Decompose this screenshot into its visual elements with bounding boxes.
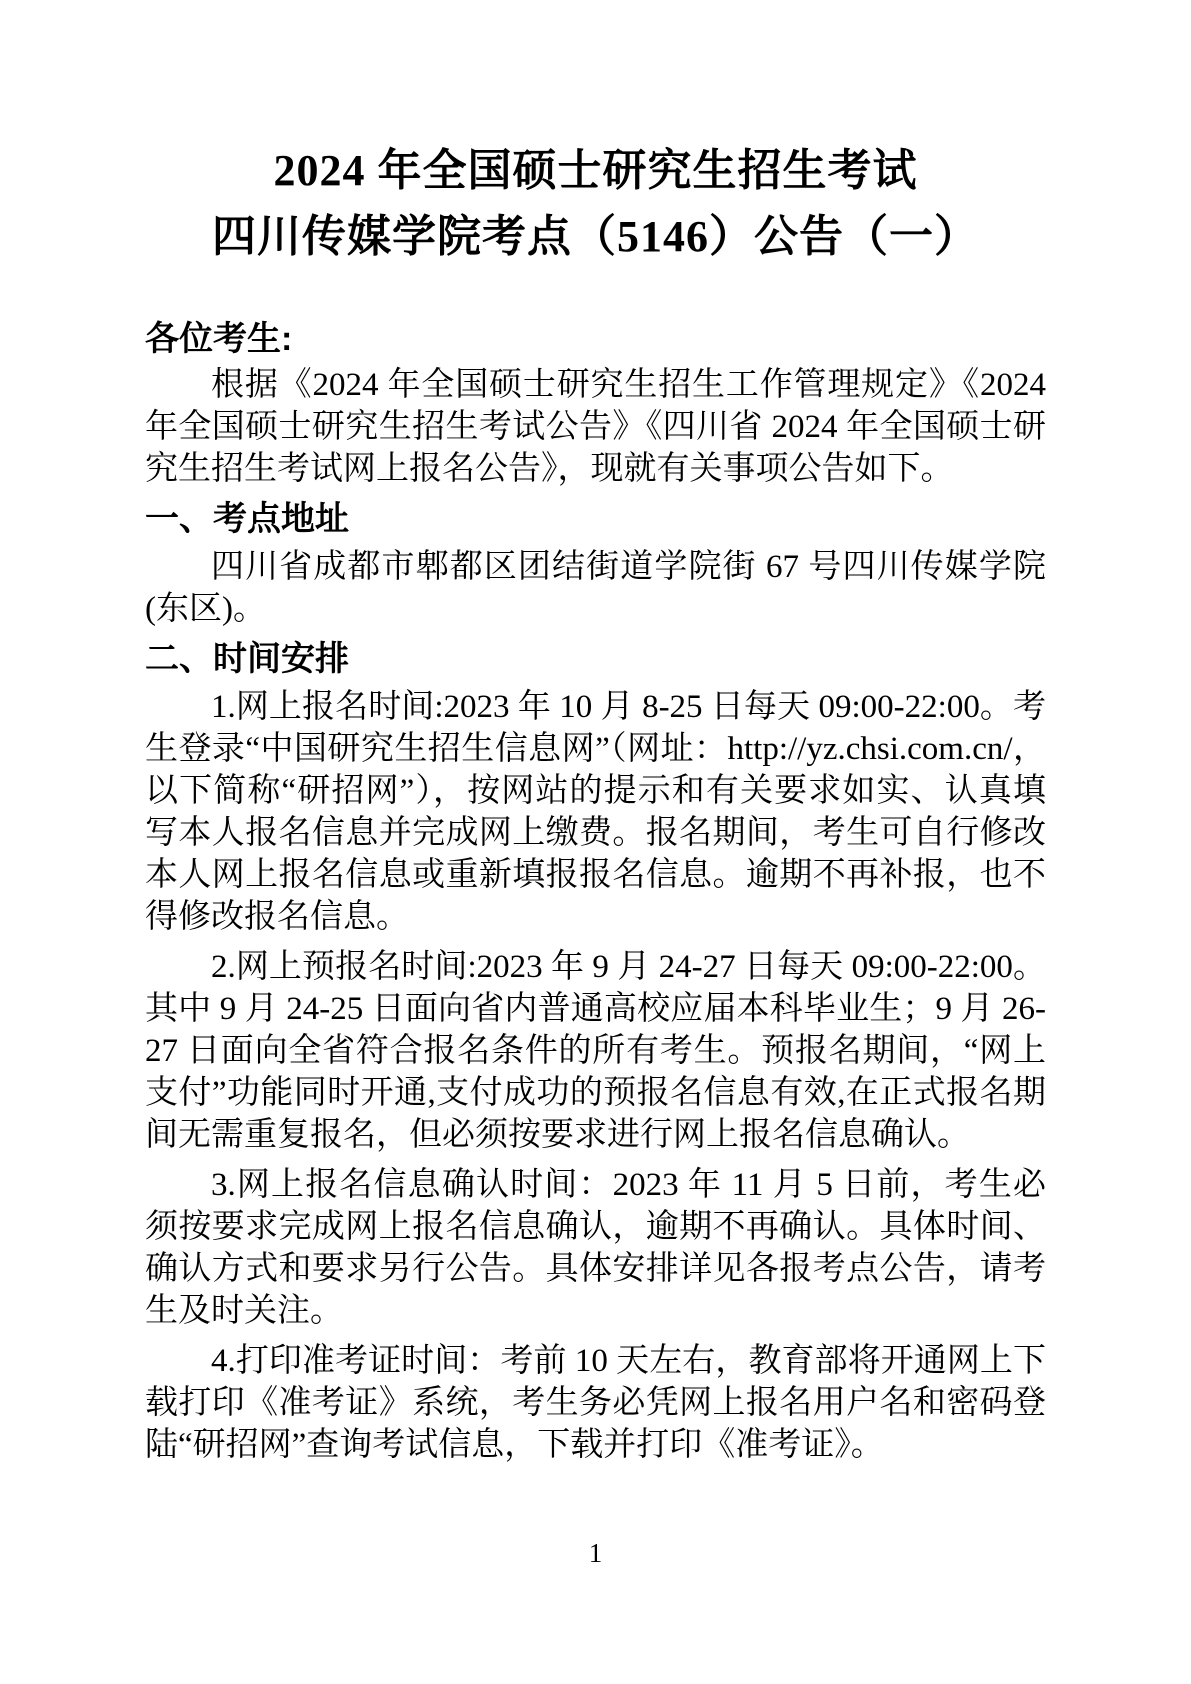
title-block: 2024 年全国硕士研究生招生考试 四川传媒学院考点（5146）公告（一） <box>145 138 1046 270</box>
schedule-item-2: 2.网上预报名时间:2023 年 9 月 24-27 日每天 09:00-22:… <box>145 946 1046 1156</box>
document-content: 2024 年全国硕士研究生招生考试 四川传媒学院考点（5146）公告（一） 各位… <box>145 0 1046 1474</box>
intro-paragraph: 根据《2024 年全国硕士研究生招生工作管理规定》《2024 年全国硕士研究生招… <box>145 364 1046 490</box>
section-1-heading: 一、考点地址 <box>145 496 1046 542</box>
schedule-item-3: 3.网上报名信息确认时间：2023 年 11 月 5 日前，考生必须按要求完成网… <box>145 1164 1046 1332</box>
address-paragraph: 四川省成都市郫都区团结街道学院街 67 号四川传媒学院(东区)。 <box>145 546 1046 630</box>
section-2-heading: 二、时间安排 <box>145 636 1046 682</box>
schedule-item-4: 4.打印准考证时间：考前 10 天左右，教育部将开通网上下载打印《准考证》系统，… <box>145 1340 1046 1466</box>
page-title-line1: 2024 年全国硕士研究生招生考试 <box>145 138 1046 204</box>
page-title-line2: 四川传媒学院考点（5146）公告（一） <box>145 204 1046 270</box>
salutation: 各位考生: <box>145 316 1046 362</box>
document-page: 2024 年全国硕士研究生招生考试 四川传媒学院考点（5146）公告（一） 各位… <box>0 0 1191 1684</box>
page-number: 1 <box>0 1536 1191 1570</box>
schedule-item-1: 1.网上报名时间:2023 年 10 月 8-25 日每天 09:00-22:0… <box>145 686 1046 938</box>
